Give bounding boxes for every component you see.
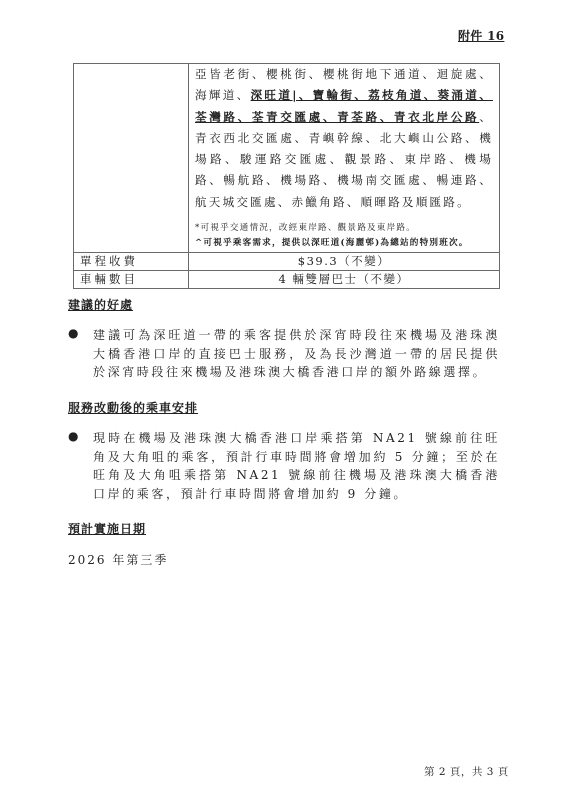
arrangements-heading: 服務改動後的乘車安排 (68, 399, 198, 416)
arrangements-text: 現時在機場及港珠澳大橋香港口岸乘搭第 NA21 號線前往旺角及大角咀的乘客，預計… (93, 429, 500, 503)
vehicles-value: 4 輛雙層巴士（不變） (189, 271, 500, 289)
fare-label: 單程收費 (74, 253, 189, 271)
vehicles-label: 車輛數目 (74, 271, 189, 289)
arrangements-bullet-item: ● 現時在機場及港珠澳大橋香港口岸乘搭第 NA21 號線前往旺角及大角咀的乘客，… (68, 429, 500, 503)
routing-label-cell (74, 64, 189, 253)
route-note-traffic: *可視乎交通情況，改經東岸路、觀景路及東岸路。 (195, 221, 493, 236)
route-text: 亞皆老街、櫻桃街、櫻桃街地下通道、迴旋處、海輝道、深旺道|、寶輪街、荔枝角道、葵… (195, 64, 493, 213)
route-segment: 、青衣西北交匯處、青嶼幹線、北大嶼山公路、機場路、駿運路交匯處、觀景路、東岸路、… (195, 110, 493, 209)
benefits-text: 建議可為深旺道一帶的乘客提供於深宵時段往來機場及港珠澳大橋香港口岸的直接巴士服務… (93, 326, 500, 382)
table-row-vehicles: 車輛數目 4 輛雙層巴士（不變） (74, 271, 500, 289)
implementation-date: 2026 年第三季 (68, 551, 168, 568)
implementation-heading: 預計實施日期 (68, 520, 146, 537)
page-number: 第 2 頁，共 3 頁 (424, 764, 509, 779)
table-row-routing: 亞皆老街、櫻桃街、櫻桃街地下通道、迴旋處、海輝道、深旺道|、寶輪街、荔枝角道、葵… (74, 64, 500, 253)
benefits-bullet-item: ● 建議可為深旺道一帶的乘客提供於深宵時段往來機場及港珠澳大橋香港口岸的直接巴士… (68, 326, 500, 382)
annex-label: 附件 16 (458, 27, 504, 44)
fare-value: $39.3（不變） (189, 253, 500, 271)
table-row-fare: 單程收費 $39.3（不變） (74, 253, 500, 271)
route-notes: *可視乎交通情況，改經東岸路、觀景路及東岸路。 ^可視乎乘客需求，提供以深旺道(… (195, 221, 493, 252)
benefits-heading: 建議的好處 (68, 296, 133, 313)
routing-value-cell: 亞皆老街、櫻桃街、櫻桃街地下通道、迴旋處、海輝道、深旺道|、寶輪街、荔枝角道、葵… (189, 64, 500, 253)
bullet-icon: ● (68, 429, 78, 443)
route-details-table: 亞皆老街、櫻桃街、櫻桃街地下通道、迴旋處、海輝道、深旺道|、寶輪街、荔枝角道、葵… (73, 63, 500, 289)
bullet-icon: ● (68, 326, 78, 340)
route-note-special-trips: ^可視乎乘客需求，提供以深旺道(海麗邨)為總站的特別班次。 (195, 236, 493, 251)
